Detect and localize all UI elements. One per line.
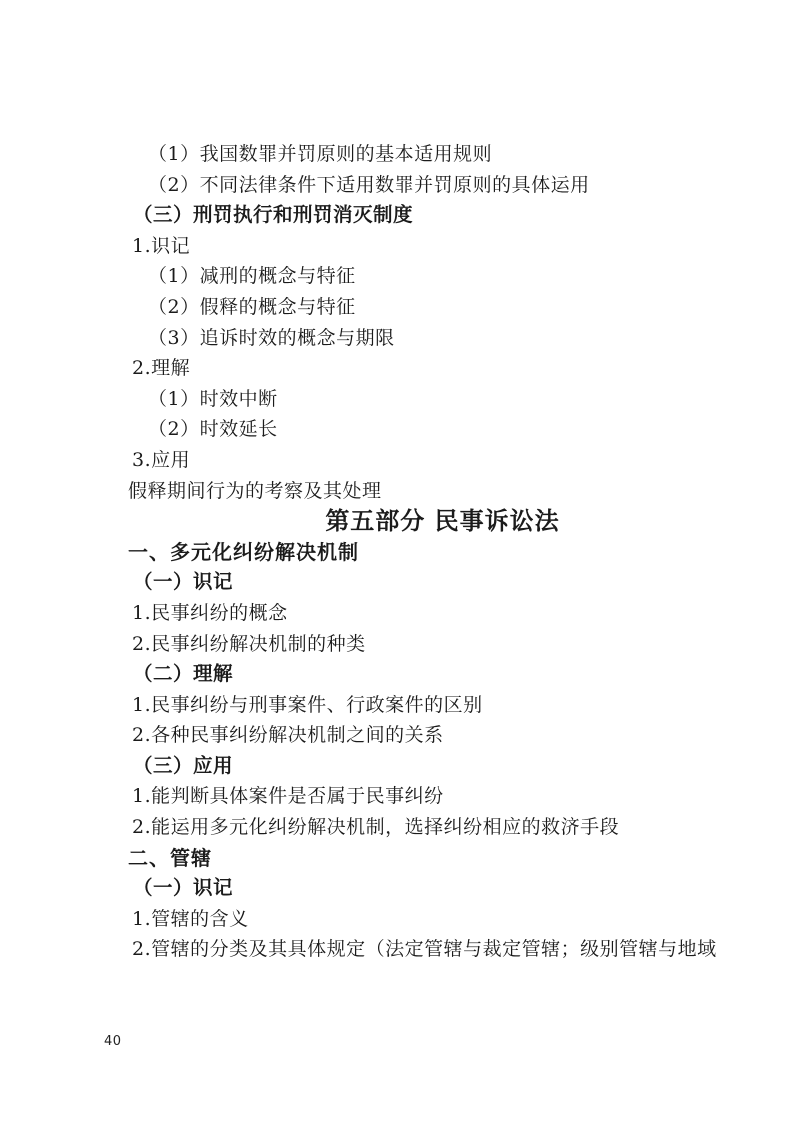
outline-item: 2.能运用多元化纠纷解决机制，选择纠纷相应的救济手段 bbox=[128, 812, 757, 843]
outline-item: 1.民事纠纷与刑事案件、行政案件的区别 bbox=[128, 690, 757, 721]
outline-item: 2.管辖的分类及其具体规定（法定管辖与裁定管辖；级别管辖与地域 bbox=[128, 934, 757, 965]
subsection-heading: （一）识记 bbox=[128, 873, 757, 904]
outline-item: 1.管辖的含义 bbox=[128, 904, 757, 935]
outline-item: 1.识记 bbox=[128, 231, 757, 262]
outline-subitem: （1）减刑的概念与特征 bbox=[128, 261, 757, 292]
outline-subitem: （1）时效中断 bbox=[128, 384, 757, 415]
outline-text: 假释期间行为的考察及其处理 bbox=[128, 476, 757, 507]
outline-item: 3.应用 bbox=[128, 445, 757, 476]
document-body: （1）我国数罪并罚原则的基本适用规则 （2）不同法律条件下适用数罪并罚原则的具体… bbox=[0, 139, 793, 965]
chapter-heading: 一、多元化纠纷解决机制 bbox=[128, 537, 757, 568]
part-title: 第五部分 民事诉讼法 bbox=[128, 506, 757, 537]
outline-item: 1.能判断具体案件是否属于民事纠纷 bbox=[128, 781, 757, 812]
subsection-heading: （三）应用 bbox=[128, 751, 757, 782]
outline-subitem: （3）追诉时效的概念与期限 bbox=[128, 323, 757, 354]
outline-item: 2.各种民事纠纷解决机制之间的关系 bbox=[128, 720, 757, 751]
subsection-heading: （一）识记 bbox=[128, 567, 757, 598]
subsection-heading: （三）刑罚执行和刑罚消灭制度 bbox=[128, 200, 757, 231]
outline-subitem: （2）假释的概念与特征 bbox=[128, 292, 757, 323]
outline-subitem: （1）我国数罪并罚原则的基本适用规则 bbox=[128, 139, 757, 170]
outline-subitem: （2）不同法律条件下适用数罪并罚原则的具体运用 bbox=[128, 170, 757, 201]
outline-item: 2.民事纠纷解决机制的种类 bbox=[128, 629, 757, 660]
outline-subitem: （2）时效延长 bbox=[128, 414, 757, 445]
page-number: 40 bbox=[104, 1034, 122, 1049]
chapter-heading: 二、管辖 bbox=[128, 843, 757, 874]
outline-item: 1.民事纠纷的概念 bbox=[128, 598, 757, 629]
subsection-heading: （二）理解 bbox=[128, 659, 757, 690]
outline-item: 2.理解 bbox=[128, 353, 757, 384]
